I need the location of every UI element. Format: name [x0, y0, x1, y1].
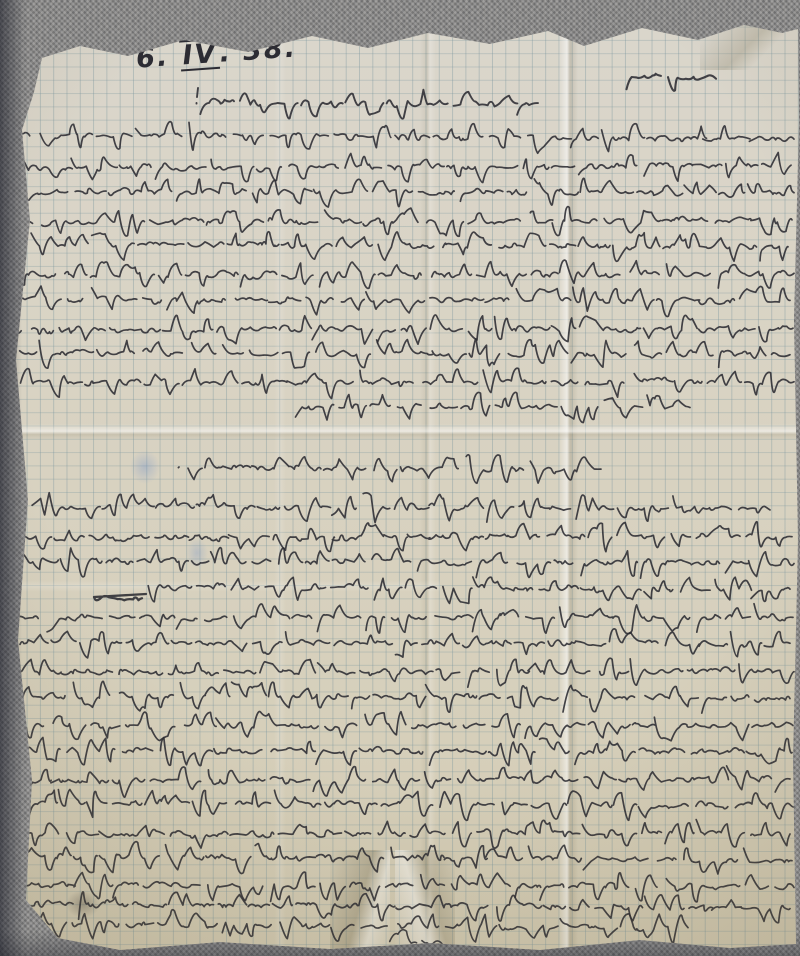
handwritten-line [6, 629, 790, 658]
handwritten-line [7, 842, 792, 874]
handwritten-line [20, 339, 790, 368]
handwritten-line [197, 88, 539, 119]
handwritten-line [627, 74, 717, 91]
handwritten-line [11, 712, 793, 741]
handwritten-line [3, 153, 791, 183]
struck-out-word [94, 594, 146, 600]
handwritten-line [13, 820, 790, 849]
handwritten-line [390, 930, 442, 945]
handwritten-line [8, 178, 794, 207]
handwritten-line [31, 232, 788, 262]
handwritten-line [2, 766, 790, 797]
handwritten-line [2, 522, 792, 552]
handwritten-line [148, 577, 790, 603]
handwritten-line [178, 455, 601, 484]
letter-photo: 6. IV. 38. [0, 0, 800, 956]
handwritten-line [6, 738, 792, 766]
handwritten-line [32, 910, 688, 943]
fabric-shadow-left [0, 0, 26, 956]
handwritten-line [15, 658, 794, 687]
handwritten-line [3, 892, 790, 923]
handwritten-line [7, 548, 794, 579]
handwritten-line [21, 368, 795, 398]
handwriting-ink [0, 0, 800, 956]
handwritten-line [16, 260, 794, 288]
handwritten-line [6, 681, 790, 713]
handwritten-line [32, 493, 770, 523]
handwritten-line [8, 604, 793, 634]
handwritten-line [10, 286, 790, 316]
handwritten-line [16, 872, 794, 902]
handwritten-line [296, 392, 691, 422]
handwritten-line [5, 315, 793, 344]
handwritten-line [3, 122, 794, 154]
letter-paper: 6. IV. 38. [0, 0, 800, 956]
